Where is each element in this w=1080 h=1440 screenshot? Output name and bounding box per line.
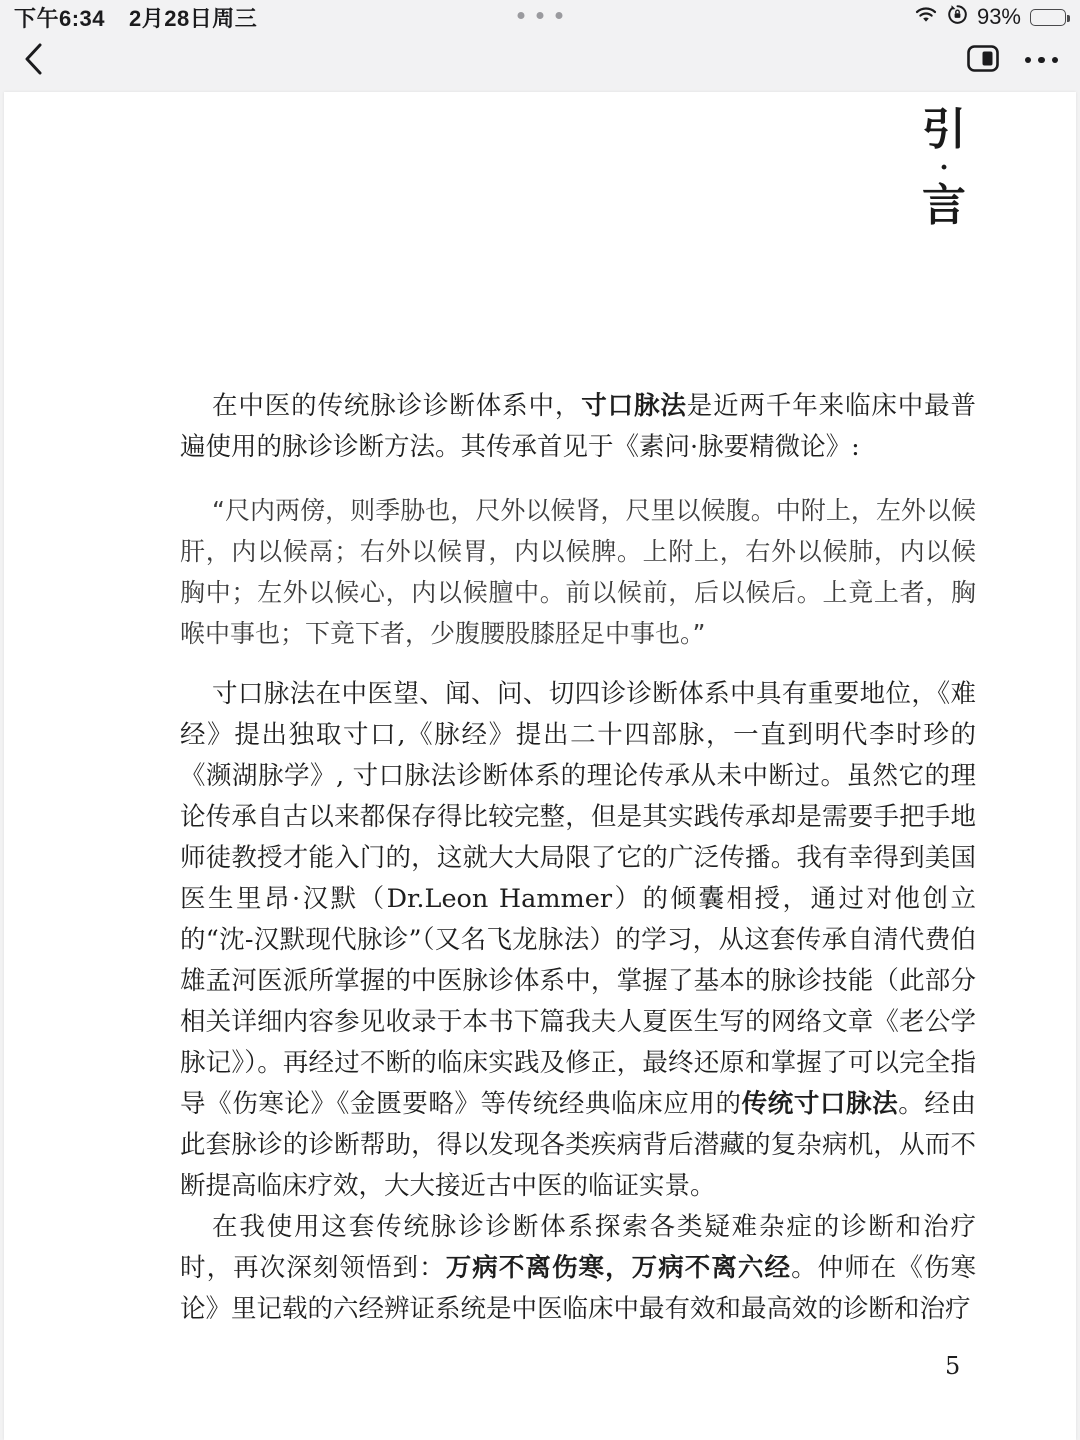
more-button[interactable] [1025, 57, 1059, 64]
paragraph-history: 寸口脉法在中医望、闻、问、切四诊诊断体系中具有重要地位，《难经》提出独取寸口,《… [180, 674, 976, 1207]
battery-icon [1030, 9, 1066, 26]
paragraph-insight: 在我使用这套传统脉诊诊断体系探索各类疑难杂症的诊断和治疗时，再次深刻领悟到：万病… [180, 1207, 976, 1330]
multitask-indicator-icon [518, 12, 563, 19]
page-number: 5 [945, 1352, 960, 1380]
paragraph-intro: 在中医的传统脉诊诊断体系中，寸口脉法是近两千年来临床中最普遍使用的脉诊诊断方法。… [180, 386, 976, 468]
nav-right-actions [967, 45, 1059, 75]
chapter-title: 引·言 [922, 108, 966, 228]
book-page[interactable]: 引·言 在中医的传统脉诊诊断体系中，寸口脉法是近两千年来临床中最普遍使用的脉诊诊… [4, 92, 1076, 1440]
page-content: 在中医的传统脉诊诊断体系中，寸口脉法是近两千年来临床中最普遍使用的脉诊诊断方法。… [180, 386, 976, 1330]
status-icons: 93% [914, 4, 1066, 30]
nav-bar [0, 28, 1080, 92]
status-bar: 下午6:34 2月28日周三 [0, 0, 1080, 28]
chapter-title-char: 引 [922, 108, 966, 152]
screen: 下午6:34 2月28日周三 [0, 0, 1080, 1440]
back-chevron-icon [22, 42, 44, 79]
paragraph-classic-quote: “尺内两傍，则季胁也，尺外以候肾，尺里以候腹。中附上，左外以候肝，内以候鬲；右外… [180, 490, 976, 654]
reader-mode-icon [967, 45, 999, 75]
more-icon [1025, 57, 1059, 64]
reader-mode-button[interactable] [967, 45, 999, 75]
rotation-lock-icon [947, 4, 968, 30]
back-button[interactable] [22, 42, 44, 79]
battery-percent: 93% [977, 4, 1021, 30]
chapter-title-char: 言 [922, 184, 966, 228]
chapter-title-char: · [939, 161, 948, 175]
wifi-icon [914, 6, 938, 29]
